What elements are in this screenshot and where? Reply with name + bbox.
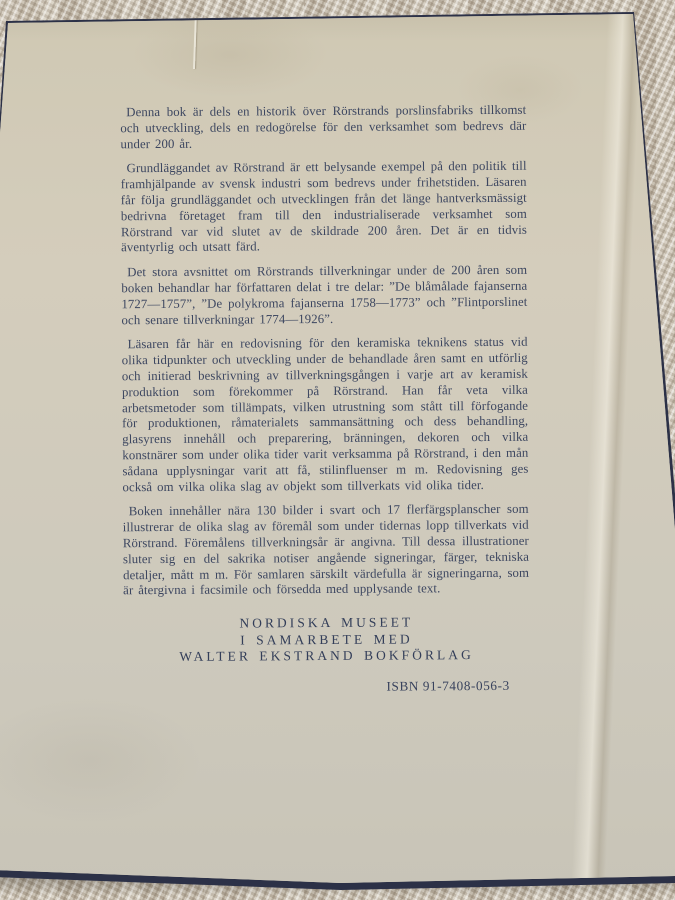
blurb-paragraph: Läsaren får här en redovisning för den k… <box>122 335 529 495</box>
publisher-imprint: NORDISKA MUSEET I SAMARBETE MED WALTER E… <box>123 614 529 666</box>
blurb-paragraph: Denna bok är dels en historik över Rörst… <box>120 103 526 153</box>
book-back-cover: Denna bok är dels en historik över Rörst… <box>0 0 675 900</box>
blurb-text-block: Denna bok är dels en historik över Rörst… <box>120 103 530 697</box>
publisher-line: WALTER EKSTRAND BOKFÖRLAG <box>124 647 530 666</box>
jacket-fold-highlight <box>571 8 642 889</box>
blurb-paragraph: Grundläggandet av Rörstrand är ett belys… <box>121 159 528 256</box>
isbn-text: ISBN 91-7408-056-3 <box>124 678 530 696</box>
photo-scene: Denna bok är dels en historik över Rörst… <box>0 0 675 900</box>
blurb-paragraph: Det stora avsnittet om Rörstrands tillve… <box>121 263 527 329</box>
blurb-paragraph: Boken innehåller nära 130 bilder i svart… <box>123 502 530 599</box>
